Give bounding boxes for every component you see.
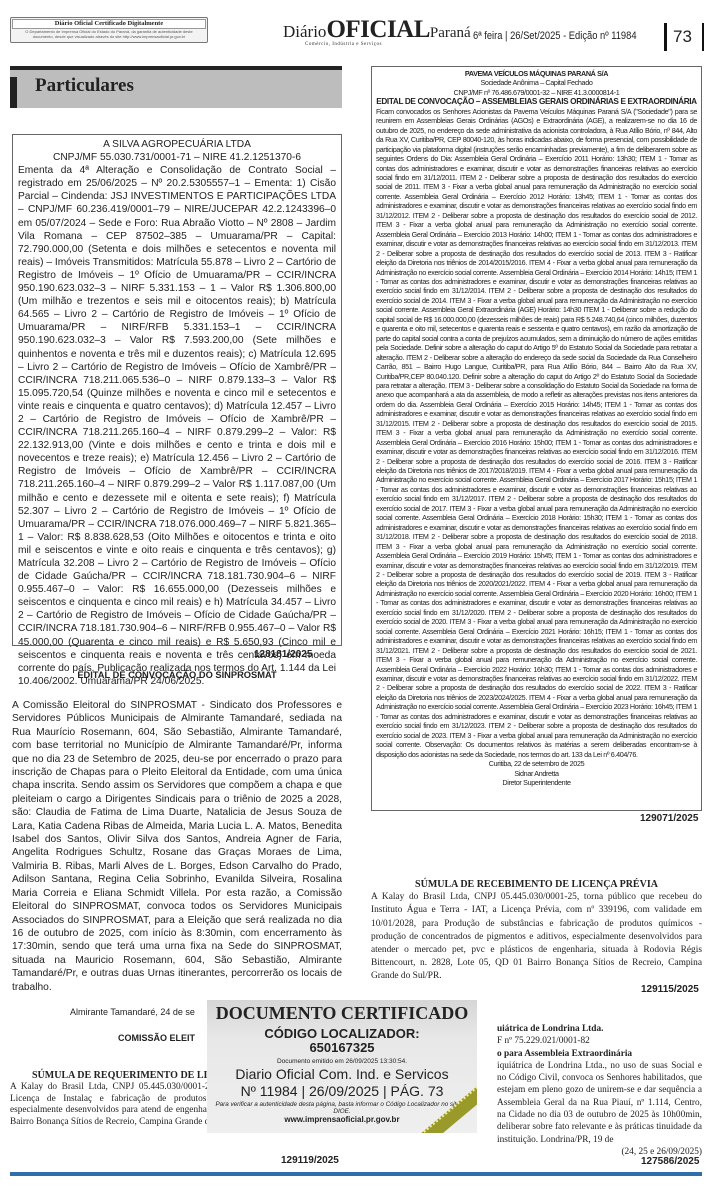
notice-body: iquiátrica de Londrina Ltda., no uso de … [497, 1060, 702, 1146]
notice-ids: F nº 75.229.021/0001-82 [497, 1035, 702, 1047]
notice-signer: COMISSÃO ELEIT [118, 1033, 195, 1043]
notice-body: Ficam convocados os Senhores Acionistas … [376, 107, 697, 759]
notice-title-sinprosmat: EDITAL DE CONVOCAÇÃO DO SINPROSMAT [12, 670, 342, 680]
protocol-number: 127586/2025 [641, 1156, 699, 1167]
notice-edital: EDITAL DE CONVOCAÇÃO – ASSEMBLEIAS GERAI… [376, 97, 697, 106]
stamp-verify-text: Para verificar a autenticidade desta pág… [207, 1101, 477, 1115]
notice-pavema: PAVEMA VEÍCULOS MÁQUINAS PARANÁ S/A Soci… [371, 66, 702, 811]
header-divider-right [702, 23, 704, 51]
notice-ids: CNPJ/MF 55.030.731/0001-71 – NIRE 41.2.1… [18, 151, 336, 164]
notice-sumula-licenca-previa: SÚMULA DE RECEBIMENTO DE LICENÇA PRÉVIA … [371, 878, 702, 984]
certified-badge-text: O Departamento de Imprensa Oficial do Es… [11, 29, 207, 39]
logo-part-oficial: OFICIAL [326, 16, 429, 43]
stamp-edition: Nº 11984 | 26/09/2025 | PÁG. 73 [207, 1084, 477, 1099]
protocol-number: 128181/2025 [254, 649, 312, 660]
page-number: 73 [673, 27, 692, 47]
protocol-number: 129119/2025 [281, 1155, 339, 1166]
logo-part-diario: Diário [283, 22, 326, 41]
edition-date: 6ª feira | 26/Set/2025 - Edição nº 11984 [473, 30, 637, 42]
section-title: Particulares [35, 75, 134, 97]
notice-title: A SILVA AGROPECUÁRIA LTDA [18, 138, 336, 151]
stamp-emitted: Documento emitido em 26/09/2025 13:30:54… [207, 1058, 477, 1065]
notice-ids: CNPJ/MF nº 76.486.679/0001-32 – NIRE 41.… [376, 88, 697, 97]
stamp-code: 650167325 [207, 1041, 477, 1055]
notice-silva-agropecuaria: A SILVA AGROPECUÁRIA LTDA CNPJ/MF 55.030… [12, 134, 342, 646]
footer-rule [10, 1172, 702, 1176]
notice-signer: Sidnar Andretta [376, 769, 697, 778]
newspaper-logo: DiárioOFICIALParaná Comércio, Indústria … [283, 16, 471, 44]
notice-signer-role: Diretor Superintendente [376, 778, 697, 787]
certified-badge-title: Diário Oficial Certificado Digitalmente [12, 19, 206, 29]
stamp-code-label: CÓDIGO LOCALIZADOR: [207, 1027, 477, 1041]
notice-subtitle: Sociedade Anônima – Capital Fechado [376, 78, 697, 87]
notice-londrina: uiátrica de Londrina Ltda. F nº 75.229.0… [497, 1023, 702, 1158]
section-header: Particulares [10, 66, 342, 108]
section-marker [10, 77, 17, 108]
notice-body: A Kalay do Brasil Ltda, CNPJ 05.445.030/… [371, 891, 702, 983]
notice-body-sinprosmat: A Comissão Eleitoral do SINPROSMAT - Sin… [12, 699, 342, 994]
notice-body: Ementa da 4ª Alteração e Consolidação de… [18, 164, 336, 688]
notice-title: SÚMULA DE RECEBIMENTO DE LICENÇA PRÉVIA [371, 878, 702, 891]
stamp-title: DOCUMENTO CERTIFICADO [207, 1003, 477, 1024]
certification-stamp: DOCUMENTO CERTIFICADO CÓDIGO LOCALIZADOR… [207, 1000, 477, 1133]
logo-part-parana: Paraná [430, 25, 471, 41]
protocol-number: 129071/2025 [640, 813, 698, 824]
notice-title: uiátrica de Londrina Ltda. [497, 1023, 702, 1035]
stamp-publication: Diario Oficial Com. Ind. e Servicos [207, 1067, 477, 1082]
logo-subtitle: Comércio, Indústria e Serviços [305, 42, 382, 47]
notice-place-date: Curitiba, 22 de setembro de 2025 [376, 759, 697, 768]
protocol-number: 129115/2025 [641, 984, 699, 995]
notice-subtitle: o para Assembleia Extraordinária [497, 1048, 702, 1060]
header-divider [664, 23, 667, 51]
certified-badge: Diário Oficial Certificado Digitalmente … [10, 17, 208, 43]
notice-place-date: Almirante Tamandaré, 24 de se [70, 1007, 195, 1017]
notice-title: PAVEMA VEÍCULOS MÁQUINAS PARANÁ S/A [376, 69, 697, 78]
